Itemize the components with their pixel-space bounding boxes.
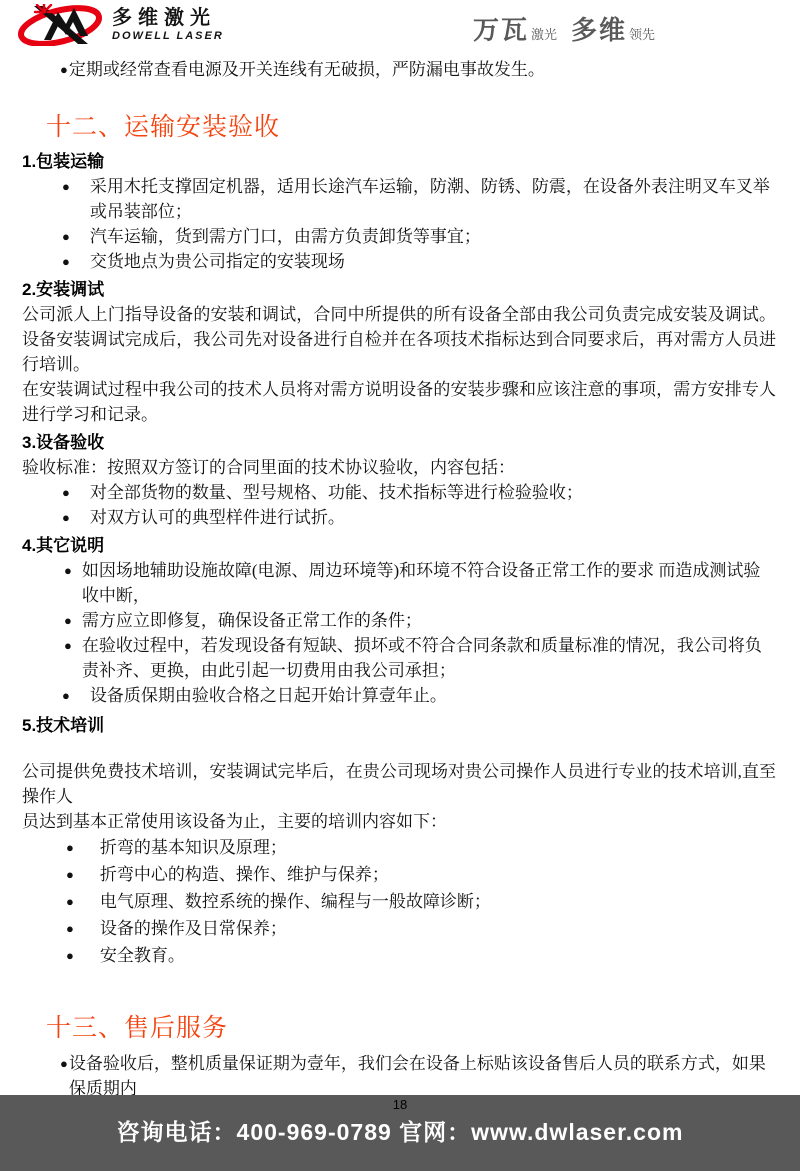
list-item-text: 需方应立即修复，确保设备正常工作的条件； xyxy=(82,608,422,633)
page-number: 18 xyxy=(0,1095,800,1114)
list-item: ● 采用木托支撑固定机器，适用长途汽车运输，防潮、防锈、防震，在设备外表注明叉车… xyxy=(22,174,776,224)
paragraph: 公司派人上门指导设备的安装和调试，合同中所提供的所有设备全部由我公司负责完成安装… xyxy=(22,302,776,377)
subsection-title-install: 2.安装调试 xyxy=(22,278,776,302)
bullet-icon: ● xyxy=(62,249,70,274)
bullet-icon: ● xyxy=(62,505,70,530)
list-item: ● 汽车运输，货到需方门口，由需方负责卸货等事宜； xyxy=(22,224,776,249)
bullet-icon: ● xyxy=(60,57,68,82)
bullet-icon: ● xyxy=(66,834,74,861)
logo-text: 多维激光 DOWELL LASER xyxy=(112,8,224,42)
header-tagline: 万瓦 激光 多维 领先 xyxy=(473,10,655,47)
list-item-text: 汽车运输，货到需方门口，由需方负责卸货等事宜； xyxy=(90,224,481,249)
bullet-icon: ● xyxy=(64,633,72,683)
list-item-text: 设备的操作及日常保养； xyxy=(100,915,287,942)
list-item: ● 定期或经常查看电源及开关连线有无破损，严防漏电事故发生。 xyxy=(22,57,776,82)
dowell-logo: 多维激光 DOWELL LASER xyxy=(14,4,224,46)
dowell-logo-icon xyxy=(14,4,106,46)
list-item: ● 折弯中心的构造、操作、维护与保养； xyxy=(22,861,776,888)
subsection-title-acceptance: 3.设备验收 xyxy=(22,431,776,455)
list-item-text: 安全教育。 xyxy=(100,942,185,969)
list-item-text: 设备验收后，整机质量保证期为壹年，我们会在设备上标贴该设备售后人员的联系方式，如… xyxy=(69,1051,776,1101)
document-page: 多维激光 DOWELL LASER 万瓦 激光 多维 领先 ● 定期或经常查看电… xyxy=(0,0,800,1171)
intro-bullet-text: 定期或经常查看电源及开关连线有无破损，严防漏电事故发生。 xyxy=(69,57,545,82)
list-item: ● 如因场地辅助设施故障(电源、周边环境等)和环境不符合设备正常工作的要求 而造… xyxy=(22,558,776,608)
bullet-icon: ● xyxy=(62,683,70,708)
list-item-text: 设备质保期由验收合格之日起开始计算壹年止。 xyxy=(90,683,447,708)
list-item-text: 对双方认可的典型样件进行试折。 xyxy=(90,505,345,530)
bullet-icon: ● xyxy=(62,480,70,505)
list-item-text: 在验收过程中，若发现设备有短缺、损坏或不符合合同条款和质量标准的情况，我公司将负… xyxy=(82,633,776,683)
bullet-icon: ● xyxy=(66,888,74,915)
tagline-word: 多维 xyxy=(571,10,627,47)
list-item: ● 安全教育。 xyxy=(22,942,776,969)
logo-name-cn: 多维激光 xyxy=(112,8,224,28)
paragraph: 验收标准：按照双方签订的合同里面的技术协议验收，内容包括： xyxy=(22,455,776,480)
paragraph: 公司提供免费技术培训，安装调试完毕后，在贵公司现场对贵公司操作人员进行专业的技术… xyxy=(22,759,776,809)
list-item: ● 电气原理、数控系统的操作、编程与一般故障诊断； xyxy=(22,888,776,915)
bullet-icon: ● xyxy=(64,608,72,633)
page-header: 多维激光 DOWELL LASER 万瓦 激光 多维 领先 xyxy=(0,0,800,48)
list-item-text: 电气原理、数控系统的操作、编程与一般故障诊断； xyxy=(100,888,491,915)
bullet-icon: ● xyxy=(62,224,70,249)
subsection-title-training: 5.技术培训 xyxy=(22,714,776,738)
bullet-icon: ● xyxy=(64,558,72,608)
list-item: ● 交货地点为贵公司指定的安装现场 xyxy=(22,249,776,274)
list-item: ● 折弯的基本知识及原理； xyxy=(22,834,776,861)
list-item: ● 设备质保期由验收合格之日起开始计算壹年止。 xyxy=(22,683,776,708)
tagline-word-small: 激光 xyxy=(531,24,557,43)
paragraph: 员达到基本正常使用该设备为止，主要的培训内容如下： xyxy=(22,809,776,834)
list-item-text: 如因场地辅助设施故障(电源、周边环境等)和环境不符合设备正常工作的要求 而造成测… xyxy=(82,558,776,608)
bullet-icon: ● xyxy=(66,861,74,888)
list-item: ● 对全部货物的数量、型号规格、功能、技术指标等进行检验验收； xyxy=(22,480,776,505)
bullet-icon: ● xyxy=(60,1051,68,1101)
document-content: ● 定期或经常查看电源及开关连线有无破损，严防漏电事故发生。 十二、运输安装验收… xyxy=(0,57,800,1101)
list-item-text: 对全部货物的数量、型号规格、功能、技术指标等进行检验验收； xyxy=(90,480,583,505)
bullet-icon: ● xyxy=(66,942,74,969)
section-title-thirteen: 十三、售后服务 xyxy=(46,1013,776,1043)
bullet-icon: ● xyxy=(66,915,74,942)
list-item: ● 设备验收后，整机质量保证期为壹年，我们会在设备上标贴该设备售后人员的联系方式… xyxy=(22,1051,776,1101)
list-item: ● 在验收过程中，若发现设备有短缺、损坏或不符合合同条款和质量标准的情况，我公司… xyxy=(22,633,776,683)
list-item: ● 设备的操作及日常保养； xyxy=(22,915,776,942)
list-item-text: 折弯中心的构造、操作、维护与保养； xyxy=(100,861,389,888)
logo-name-en: DOWELL LASER xyxy=(112,31,224,42)
tagline-word: 万瓦 xyxy=(473,10,529,47)
subsection-title-packing: 1.包装运输 xyxy=(22,150,776,174)
list-item-text: 折弯的基本知识及原理； xyxy=(100,834,287,861)
page-footer: 18 咨询电话：400-969-0789 官网：www.dwlaser.com xyxy=(0,1095,800,1171)
list-item: ● 需方应立即修复，确保设备正常工作的条件； xyxy=(22,608,776,633)
section-title-twelve: 十二、运输安装验收 xyxy=(46,112,776,142)
bullet-icon: ● xyxy=(62,174,70,224)
paragraph: 在安装调试过程中我公司的技术人员将对需方说明设备的安装步骤和应该注意的事项，需方… xyxy=(22,377,776,427)
tagline-word-small: 领先 xyxy=(629,24,655,43)
list-item-text: 采用木托支撑固定机器，适用长途汽车运输，防潮、防锈、防震，在设备外表注明叉车叉举… xyxy=(90,174,776,224)
subsection-title-other: 4.其它说明 xyxy=(22,534,776,558)
list-item: ● 对双方认可的典型样件进行试折。 xyxy=(22,505,776,530)
footer-contact-line: 咨询电话：400-969-0789 官网：www.dwlaser.com xyxy=(0,1117,800,1147)
list-item-text: 交货地点为贵公司指定的安装现场 xyxy=(90,249,345,274)
